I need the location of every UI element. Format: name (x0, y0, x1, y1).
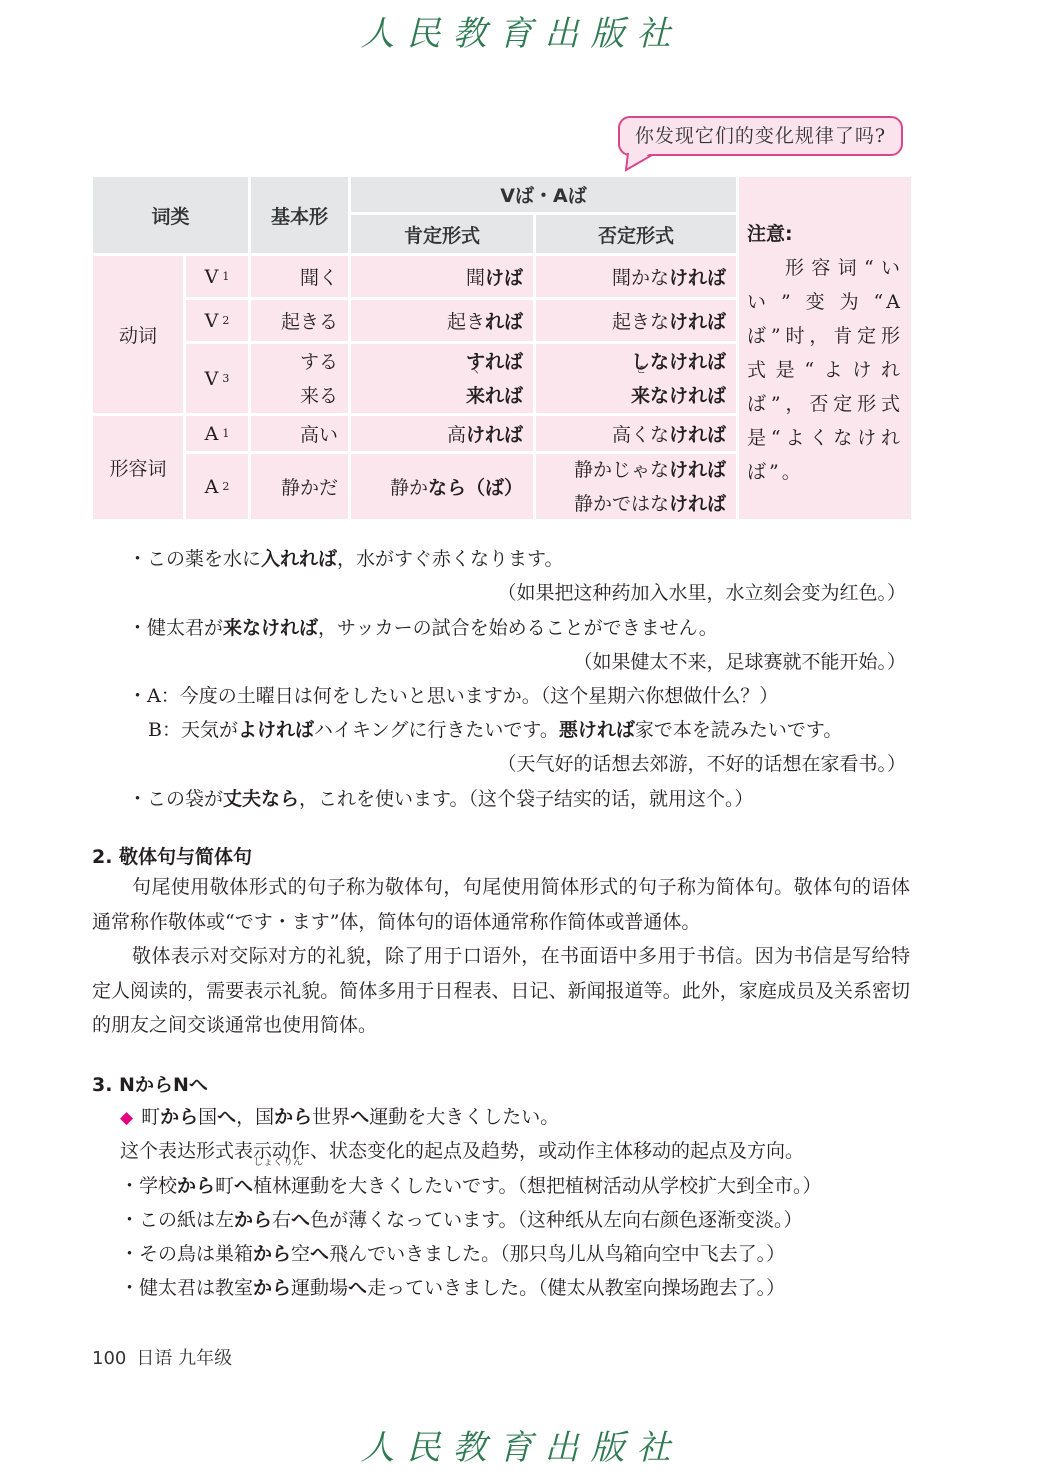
dialogue-line-a: ・A：今度の土曜日は何をしたいと思いますか。（这个星期六你想做什么？） (128, 681, 778, 708)
highlight-text: 丈夫なら (223, 788, 299, 810)
ending-text: ければ (466, 420, 523, 447)
header-negative: 否定形式 (536, 215, 736, 253)
section-3-example-2: ・この紙は左から右へ色が薄くなっています。（这种纸从左向右颜色逐渐变淡。） (120, 1205, 803, 1232)
ending-text: なら（ば） (428, 473, 523, 500)
ending-text: 来れば (466, 385, 523, 407)
negative-cell: 静かじゃなければ 静かではなければ (536, 454, 736, 519)
text: ，これを使います。（这个袋子结实的话，就用这个。） (299, 788, 753, 810)
text: 色が薄くなっています。（这种纸从左向右颜色逐渐变淡。） (310, 1209, 802, 1231)
highlight-text: へ (310, 1243, 329, 1265)
text: ・健太君が (128, 617, 223, 639)
type-subscript: 2 (222, 480, 229, 493)
stem-text: 静かではな (574, 493, 669, 515)
ending-text: けば (485, 263, 523, 290)
note-body: 形容词“いい”变为“Aば”时，肯定形式是“よければ”，否定形式是“よくなければ”… (747, 251, 903, 489)
highlight-text: へ (348, 1277, 367, 1299)
highlight-text: へ (350, 1106, 369, 1128)
highlight-text: よければ (238, 719, 314, 741)
furigana: こ (631, 365, 651, 377)
type-subscript: 1 (222, 270, 229, 283)
text: 世界 (312, 1106, 350, 1128)
book-title: 日语 九年级 (136, 1348, 232, 1369)
section-2-paragraph-1: 句尾使用敬体形式的句子称为敬体句，句尾使用简体形式的句子称为简体句。敬体句的语体… (92, 870, 910, 939)
header-affirmative: 肯定形式 (351, 215, 533, 253)
type-letter: V (205, 266, 219, 288)
example-translation-3: （天气好的话想去郊游，不好的话想在家看书。） (497, 749, 906, 776)
text: 町 (141, 1106, 160, 1128)
text: ，サッカーの試合を始めることができません。 (318, 617, 718, 639)
text: ，国 (236, 1106, 274, 1128)
speech-bubble-tail-icon (622, 152, 662, 174)
group-label-verb: 动词 (93, 256, 183, 413)
stem-text: 静かじゃな (574, 459, 669, 481)
stem-text: 聞かな (612, 263, 669, 290)
text: 飛んでいきました。（那只鸟儿从鸟箱向空中飞去了。） (329, 1243, 785, 1265)
highlight-text: へ (234, 1175, 253, 1197)
negative-cell: 起きなければ (536, 300, 736, 341)
ending-text: ければ (669, 307, 726, 334)
section-3-explanation: 这个表达形式表示动作、状态变化的起点及趋势，或动作主体移动的起点及方向。 (120, 1136, 804, 1163)
type-letter: A (205, 423, 219, 445)
highlight-text: から (160, 1106, 198, 1128)
type-cell: V1 (186, 256, 248, 297)
stem-text: 起き (447, 307, 485, 334)
example-translation-2: （如果健太不来，足球赛就不能开始。） (573, 647, 906, 674)
affirmative-cell: すれば く来れば (351, 344, 533, 413)
base-form-line: 来る (300, 379, 338, 413)
type-subscript: 2 (222, 314, 229, 327)
section-2-paragraph-2: 敬体表示对交际对方的礼貌，除了用于口语外，在书面语中多用于书信。因为书信是写给特… (92, 939, 910, 1043)
conjugation-table: 词类 基本形 Vば・Aば 肯定形式 否定形式 动词 V1 聞く 聞けば 聞かなけ… (93, 177, 908, 526)
stem-text: 高くな (612, 420, 669, 447)
text: 植林 (253, 1175, 291, 1197)
highlight-text: から (177, 1175, 215, 1197)
stem-text: 起きな (612, 307, 669, 334)
type-cell: V3 (186, 344, 248, 413)
ending-text: ければ (669, 459, 726, 481)
text: 町 (215, 1175, 234, 1197)
hint-speech-bubble: 你发现它们的变化规律了吗? (618, 116, 903, 156)
diamond-bullet-icon: ◆ (120, 1108, 133, 1128)
affirmative-cell: 静かなら（ば） (351, 454, 533, 519)
group-label-adjective: 形容词 (93, 416, 183, 519)
example-sentence-2: ・健太君が来なければ，サッカーの試合を始めることができません。 (128, 613, 718, 640)
text: 国 (198, 1106, 217, 1128)
highlight-text: から (234, 1209, 272, 1231)
negative-cell: しなければ こ来なければ (536, 344, 736, 413)
base-form-line: する (300, 345, 338, 379)
note-box: 注意: 形容词“いい”变为“Aば”时，肯定形式是“よければ”，否定形式是“よくな… (739, 177, 911, 519)
page-number: 100 (92, 1348, 126, 1369)
negative-cell: 高くなければ (536, 416, 736, 451)
text: 運動場 (291, 1277, 348, 1299)
furigana: く (466, 365, 486, 377)
example-translation-1: （如果把这种药加入水里，水立刻会变为红色。） (497, 578, 906, 605)
text: 家で本を読みたいです。 (635, 719, 842, 741)
ending-text: 来なければ (631, 385, 726, 407)
text: 走っていきました。（健太从教室向操场跑去了。） (367, 1277, 785, 1299)
highlight-text: へ (291, 1209, 310, 1231)
base-form-cell: する 来る (251, 344, 348, 413)
section-3-example-4: ・健太君は教室から運動場へ走っていきました。（健太从教室向操场跑去了。） (120, 1273, 785, 1300)
highlight-text: 悪ければ (559, 719, 635, 741)
header-base-form: 基本形 (251, 177, 348, 253)
text: 空 (291, 1243, 310, 1265)
text: 運動を大きくしたい。 (369, 1106, 559, 1128)
text: 右 (272, 1209, 291, 1231)
affirmative-cell: 聞けば (351, 256, 533, 297)
affirmative-cell: 高ければ (351, 416, 533, 451)
section-2-heading: 2. 敬体句与简体句 (92, 842, 252, 869)
stem-text: 聞 (466, 263, 485, 290)
negative-cell: 聞かなければ (536, 256, 736, 297)
example-sentence-4: ・この袋が丈夫なら，これを使います。（这个袋子结实的话，就用这个。） (128, 784, 754, 811)
base-form-cell: 高い (251, 416, 348, 451)
stem-text: 高 (447, 420, 466, 447)
type-cell: A2 (186, 454, 248, 519)
stem-text: 静か (390, 473, 428, 500)
text: ・この袋が (128, 788, 223, 810)
type-subscript: 1 (222, 427, 229, 440)
highlight-text: から (253, 1277, 291, 1299)
key-sentence: ◆町から国へ，国から世界へ運動を大きくしたい。 (120, 1102, 559, 1129)
publisher-logo-bottom: 人民教育出版社 (0, 1420, 1043, 1469)
type-cell: A1 (186, 416, 248, 451)
publisher-logo-top: 人民教育出版社 (0, 6, 1043, 55)
highlight-text: 入れれば (261, 548, 337, 570)
ruby-word: こ来なければ (631, 379, 726, 413)
affirmative-cell: 起きれば (351, 300, 533, 341)
type-letter: A (205, 476, 219, 498)
ending-text: ければ (669, 493, 726, 515)
ending-text: ければ (669, 420, 726, 447)
dialogue-line-b: B：天気がよければハイキングに行きたいです。悪ければ家で本を読みたいです。 (148, 715, 842, 742)
example-sentence-1: ・この薬を水に入れれば，水がすぐ赤くなります。 (128, 544, 564, 571)
highlight-text: へ (217, 1106, 236, 1128)
highlight-text: から (274, 1106, 312, 1128)
base-form-cell: 聞く (251, 256, 348, 297)
base-form-cell: 静かだ (251, 454, 348, 519)
highlight-text: 来なければ (223, 617, 318, 639)
furigana: しょくりん (253, 1157, 291, 1169)
text: ・健太君は教室 (120, 1277, 253, 1299)
highlight-text: から (253, 1243, 291, 1265)
base-form-cell: 起きる (251, 300, 348, 341)
type-subscript: 3 (222, 372, 229, 385)
section-3-example-1: ・学校から町へしょくりん植林運動を大きくしたいです。（想把植树活动从学校扩大到全… (120, 1171, 822, 1198)
ending-text: れば (485, 307, 523, 334)
text: ・この薬を水に (128, 548, 261, 570)
type-letter: V (205, 368, 219, 390)
page-footer: 100日语 九年级 (92, 1344, 232, 1370)
ending-text: ければ (669, 263, 726, 290)
text: B：天気が (148, 719, 238, 741)
text: 運動を大きくしたいです。（想把植树活动从学校扩大到全市。） (291, 1175, 821, 1197)
section-3-example-3: ・その鳥は巣箱から空へ飛んでいきました。（那只鸟儿从鸟箱向空中飞去了。） (120, 1239, 785, 1266)
text: ，水がすぐ赤くなります。 (337, 548, 563, 570)
text: ・その鳥は巣箱 (120, 1243, 253, 1265)
ruby-word: く来れば (466, 379, 523, 413)
text: ・学校 (120, 1175, 177, 1197)
type-cell: V2 (186, 300, 248, 341)
header-word-class: 词类 (93, 177, 248, 253)
text: ・この紙は左 (120, 1209, 234, 1231)
type-letter: V (205, 310, 219, 332)
header-group-vba-aba: Vば・Aば (351, 177, 736, 212)
note-title: 注意: (747, 217, 903, 251)
ruby-word: しょくりん植林 (253, 1171, 291, 1198)
section-3-heading: 3. NからNへ (92, 1070, 208, 1097)
text: ハイキングに行きたいです。 (314, 719, 559, 741)
